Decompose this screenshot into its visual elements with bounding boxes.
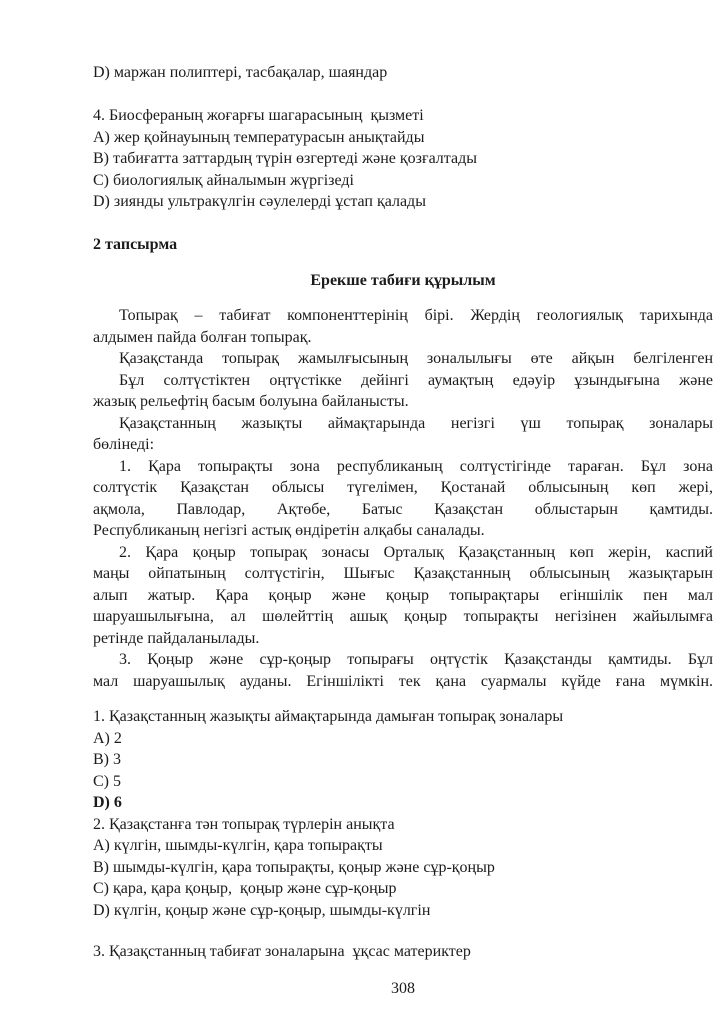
- passage-line: Бұл солтүстіктен оңтүстікке дейінгі аума…: [93, 370, 713, 392]
- reading-passage: Топырақ – табиғат компоненттерінің бірі.…: [93, 305, 713, 692]
- passage-title: Ерекше табиғи құрылым: [93, 270, 713, 292]
- passage-line: алып жатыр. Қара қоңыр және қоңыр топыра…: [93, 585, 713, 607]
- question-4-options: A) жер қойнауының температурасын анықтай…: [93, 127, 713, 213]
- task-2-label: 2 тапсырма: [93, 234, 713, 256]
- question-text: 1. Қазақстанның жазықты аймақтарында дам…: [93, 706, 713, 728]
- passage-line: алдымен пайда болған топырақ.: [93, 327, 713, 349]
- passage-line: 3. Қоңыр және сұр-қоңыр топырағы оңтүсті…: [93, 649, 713, 671]
- question-text: 3. Қазақстанның табиғат зоналарына ұқсас…: [93, 941, 713, 963]
- answer-option: D) зиянды ультракүлгін сәулелерді ұстап …: [93, 191, 713, 213]
- passage-line: шаруашылығына, ал шөлейттің ашық қоңыр т…: [93, 606, 713, 628]
- question-block: 2. Қазақстанға тән топырақ түрлерін анық…: [93, 814, 713, 922]
- answer-option: A) жер қойнауының температурасын анықтай…: [93, 127, 713, 149]
- question-text: 2. Қазақстанға тән топырақ түрлерін анық…: [93, 814, 713, 836]
- spacer: [93, 213, 713, 235]
- passage-line: Қазақстанның жазықты аймақтарында негізг…: [93, 413, 713, 435]
- passage-line: 1. Қара топырақты зона республиканың сол…: [93, 456, 713, 478]
- passage-line: солтүстік Қазақстан облысы түгелімен, Қо…: [93, 477, 713, 499]
- answer-option: C) қара, қара қоңыр, қоңыр және сұр-қоңы…: [93, 878, 713, 900]
- passage-line: маңы ойпатының солтүстігін, Шығыс Қазақс…: [93, 563, 713, 585]
- passage-line: мал шаруашылық ауданы. Егіншілікті тек қ…: [93, 671, 713, 693]
- answer-option: B) табиғатта заттардың түрін өзгертеді ж…: [93, 148, 713, 170]
- page-number: 308: [93, 978, 713, 1000]
- answer-option: A) күлгін, шымды-күлгін, қара топырақты: [93, 835, 713, 857]
- answer-option: B) шымды-күлгін, қара топырақты, қоңыр ж…: [93, 857, 713, 879]
- passage-line: Қазақстанда топырақ жамылғысының зоналыл…: [93, 348, 713, 370]
- passage-line: 2. Қара қоңыр топырақ зонасы Орталық Қаз…: [93, 542, 713, 564]
- carryover-answer-option: D) маржан полиптері, тасбақалар, шаяндар: [93, 62, 713, 84]
- answer-option: C) 5: [93, 771, 713, 793]
- questions-section: 1. Қазақстанның жазықты аймақтарында дам…: [93, 706, 713, 963]
- passage-line: Республиканың негізгі астық өндіретін ал…: [93, 520, 713, 542]
- answer-option: D) 6: [93, 792, 713, 814]
- answer-option: B) 3: [93, 749, 713, 771]
- passage-line: жазық рельефтің басым болуына байланысты…: [93, 391, 713, 413]
- spacer: [93, 692, 713, 706]
- passage-line: ретінде пайдаланылады.: [93, 628, 713, 650]
- answer-option: C) биологиялық айналымын жүргізеді: [93, 170, 713, 192]
- answer-option: A) 2: [93, 728, 713, 750]
- question-block: 3. Қазақстанның табиғат зоналарына ұқсас…: [93, 941, 713, 963]
- spacer: [93, 84, 713, 106]
- question-block: 1. Қазақстанның жазықты аймақтарында дам…: [93, 706, 713, 814]
- passage-line: бөлінеді:: [93, 434, 713, 456]
- document-page: D) маржан полиптері, тасбақалар, шаяндар…: [0, 0, 724, 1024]
- passage-line: Топырақ – табиғат компоненттерінің бірі.…: [93, 305, 713, 327]
- answer-option: D) күлгін, қоңыр және сұр-қоңыр, шымды-к…: [93, 900, 713, 922]
- passage-line: ақмола, Павлодар, Ақтөбе, Батыс Қазақста…: [93, 499, 713, 521]
- question-4-text: 4. Биосфераның жоғарғы шагарасының қызме…: [93, 105, 713, 127]
